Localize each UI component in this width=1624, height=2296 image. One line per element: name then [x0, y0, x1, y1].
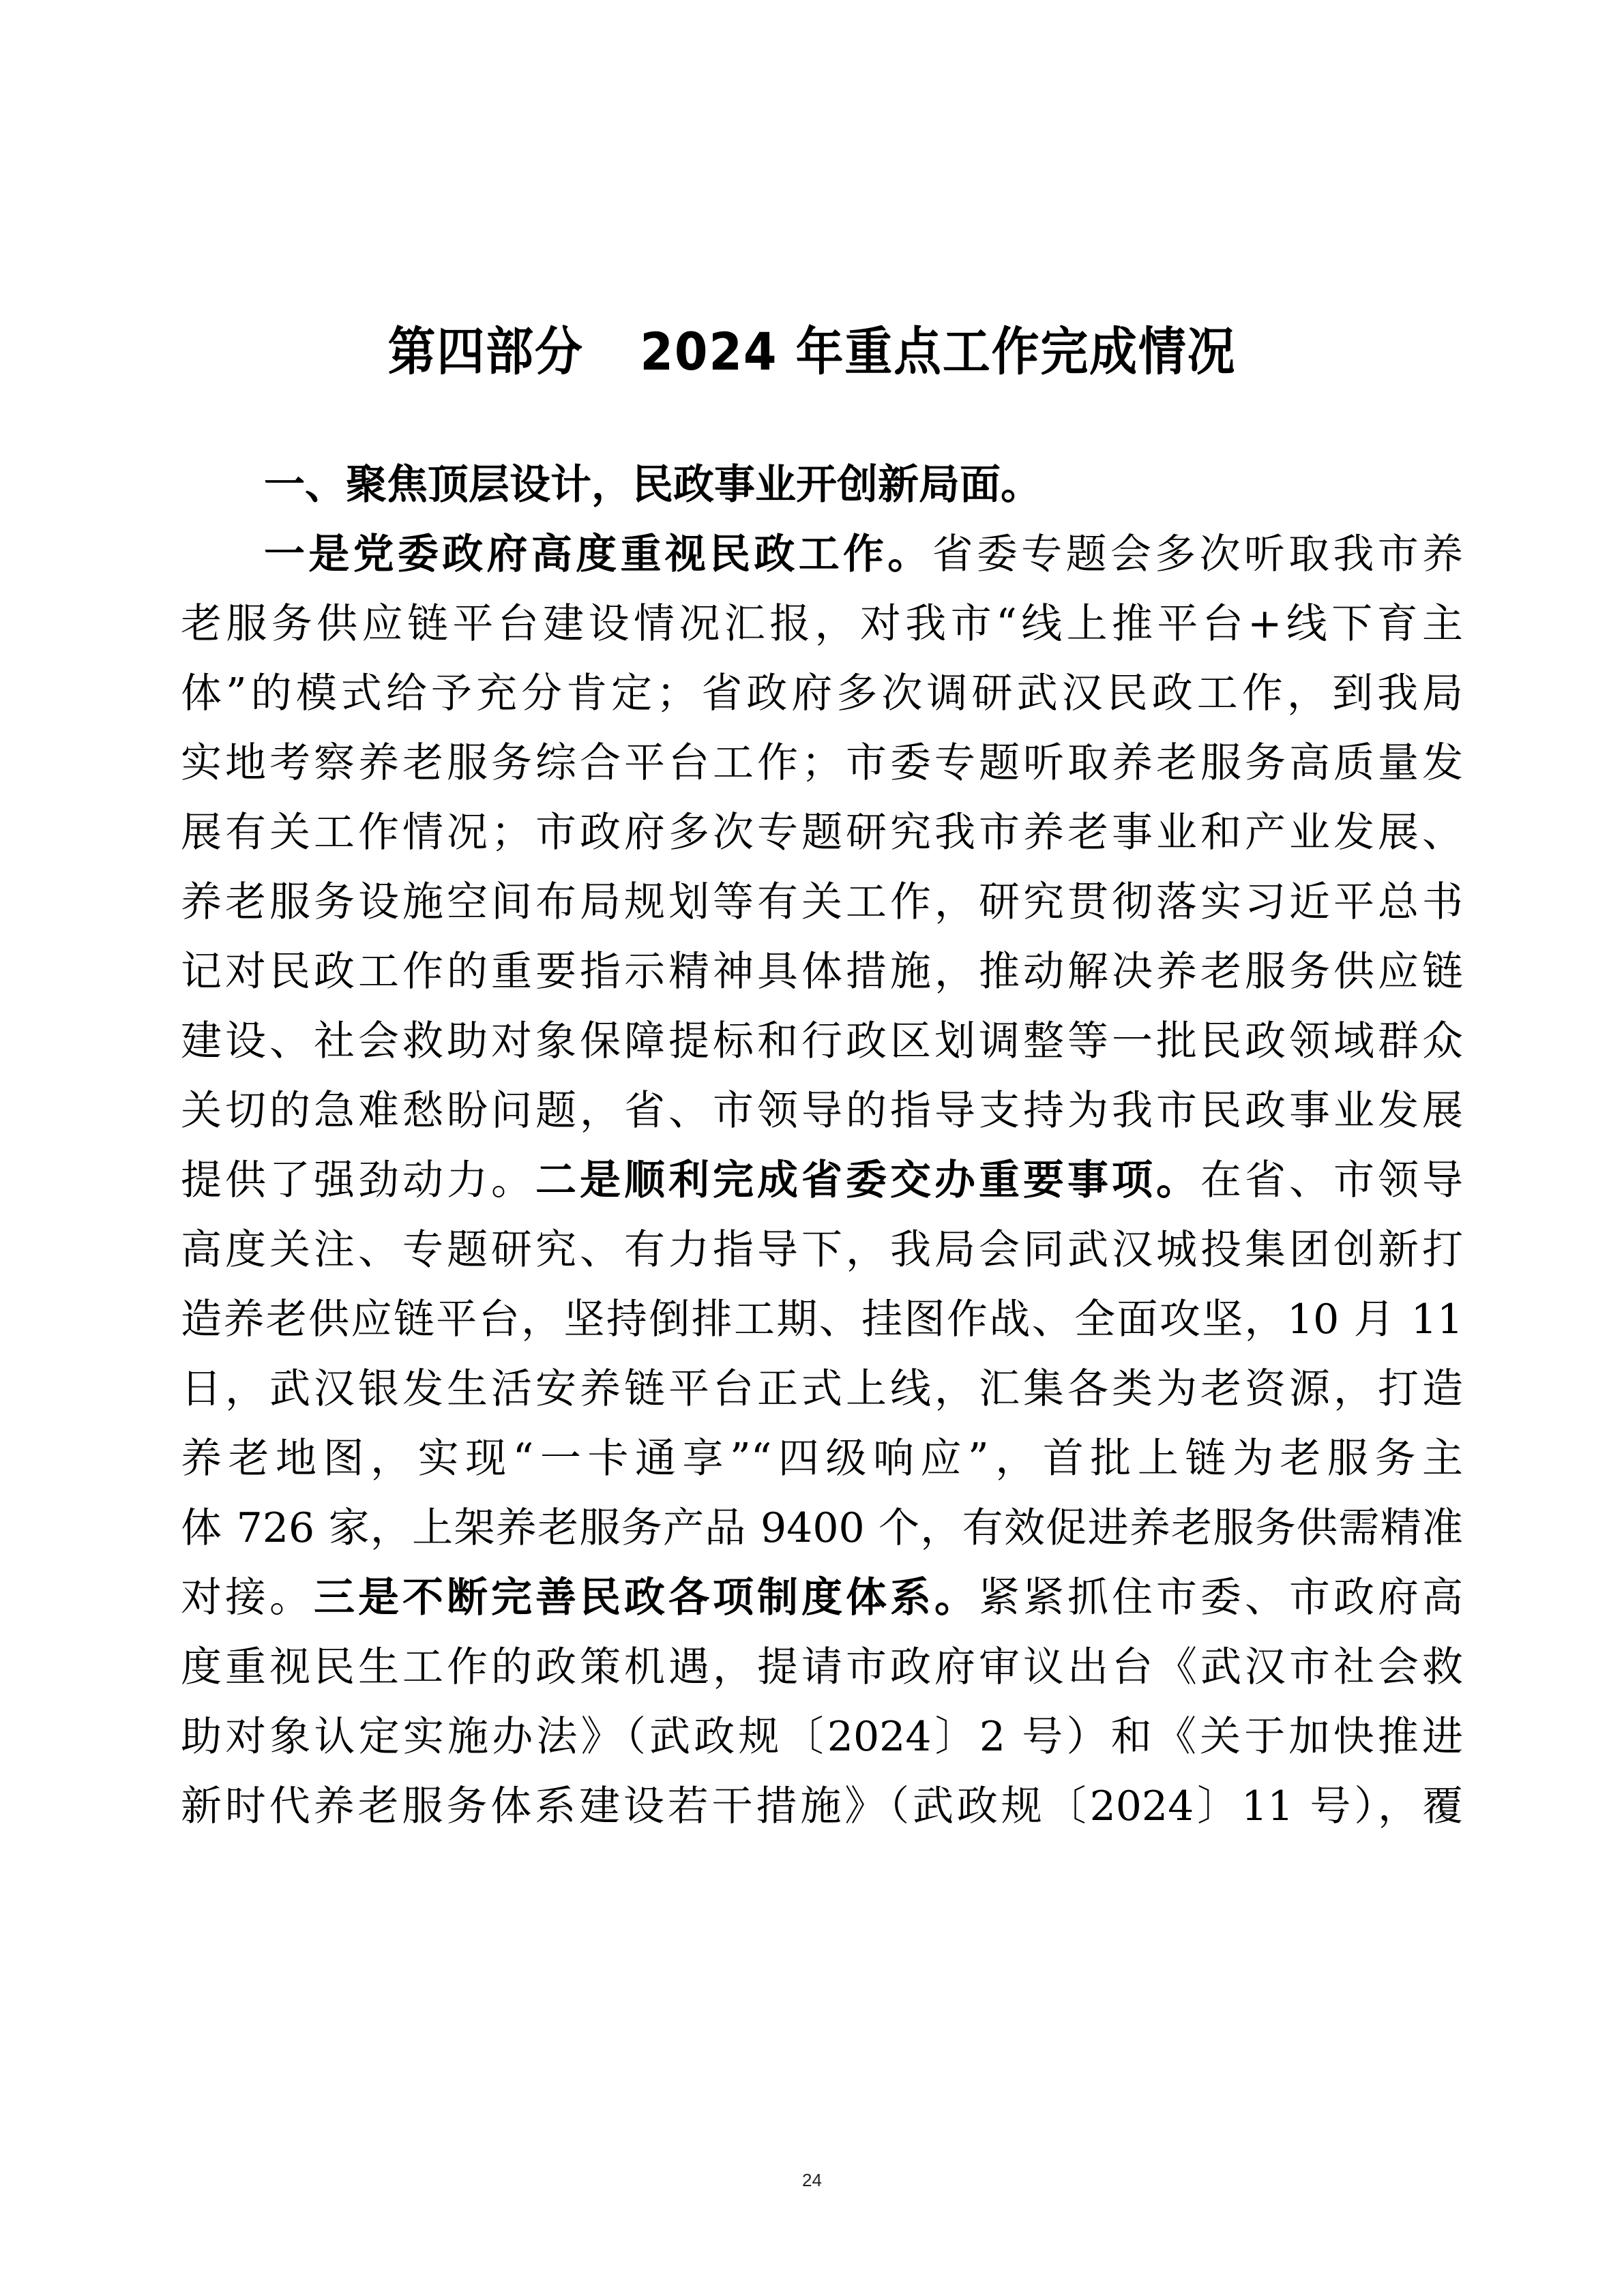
paragraph-line: 老服务供应链平台建设情况汇报，对我市“线上推平台+线下育主 — [181, 589, 1463, 659]
title-part: 第四部分 — [388, 321, 584, 382]
paragraph-line: 一是党委政府高度重视民政工作。省委专题会多次听取我市养 — [181, 520, 1463, 589]
document-page: 第四部分2024 年重点工作完成情况 一、聚焦顶层设计，民政事业开创新局面。 一… — [0, 0, 1624, 2296]
paragraph-line: 实地考察养老服务综合平台工作；市委专题听取养老服务高质量发 — [181, 728, 1463, 798]
paragraph-line: 提供了强劲动力。二是顺利完成省委交办重要事项。在省、市领导 — [181, 1146, 1463, 1215]
bold-lead: 三是不断完善民政各项制度体系。 — [314, 1574, 979, 1622]
bold-lead: 二是顺利完成省委交办重要事项。 — [535, 1157, 1200, 1204]
paragraph-line: 度重视民生工作的政策机遇，提请市政府审议出台《武汉市社会救 — [181, 1632, 1463, 1702]
paragraph-line: 记对民政工作的重要指示精神具体措施，推动解决养老服务供应链 — [181, 937, 1463, 1007]
paragraph-line: 日，武汉银发生活安养链平台正式上线，汇集各类为老资源，打造 — [181, 1354, 1463, 1424]
paragraph-line: 养老地图，实现“一卡通享”“四级响应”，首批上链为老服务主 — [181, 1424, 1463, 1493]
bold-lead: 一是党委政府高度重视民政工作。 — [264, 531, 932, 578]
title-main: 2024 年重点工作完成情况 — [640, 321, 1236, 382]
paragraph-line: 新时代养老服务体系建设若干措施》（武政规〔2024〕11 号），覆 — [181, 1772, 1463, 1841]
paragraph-line: 体 726 家，上架养老服务产品 9400 个，有效促进养老服务供需精准 — [181, 1493, 1463, 1563]
paragraph-line: 养老服务设施空间布局规划等有关工作，研究贯彻落实习近平总书 — [181, 867, 1463, 937]
paragraph-line: 建设、社会救助对象保障提标和行政区划调整等一批民政领域群众 — [181, 1007, 1463, 1076]
paragraph-line: 高度关注、专题研究、有力指导下，我局会同武汉城投集团创新打 — [181, 1215, 1463, 1285]
paragraph-line: 助对象认定实施办法》（武政规〔2024〕2 号）和《关于加快推进 — [181, 1702, 1463, 1772]
paragraph-line: 关切的急难愁盼问题，省、市领导的指导支持为我市民政事业发展 — [181, 1076, 1463, 1146]
paragraph-line: 造养老供应链平台，坚持倒排工期、挂图作战、全面攻坚，10 月 11 — [181, 1285, 1463, 1354]
page-title: 第四部分2024 年重点工作完成情况 — [65, 310, 1559, 385]
paragraph-line: 对接。三是不断完善民政各项制度体系。紧紧抓住市委、市政府高 — [181, 1563, 1463, 1632]
paragraph-line: 展有关工作情况；市政府多次专题研究我市养老事业和产业发展、 — [181, 798, 1463, 867]
section-heading: 一、聚焦顶层设计，民政事业开创新局面。 — [181, 450, 1463, 520]
paragraph-line: 体”的模式给予充分肯定；省政府多次调研武汉民政工作，到我局 — [181, 659, 1463, 728]
body-text: 一、聚焦顶层设计，民政事业开创新局面。 一是党委政府高度重视民政工作。省委专题会… — [181, 450, 1463, 1841]
page-number: 24 — [0, 2170, 1624, 2191]
